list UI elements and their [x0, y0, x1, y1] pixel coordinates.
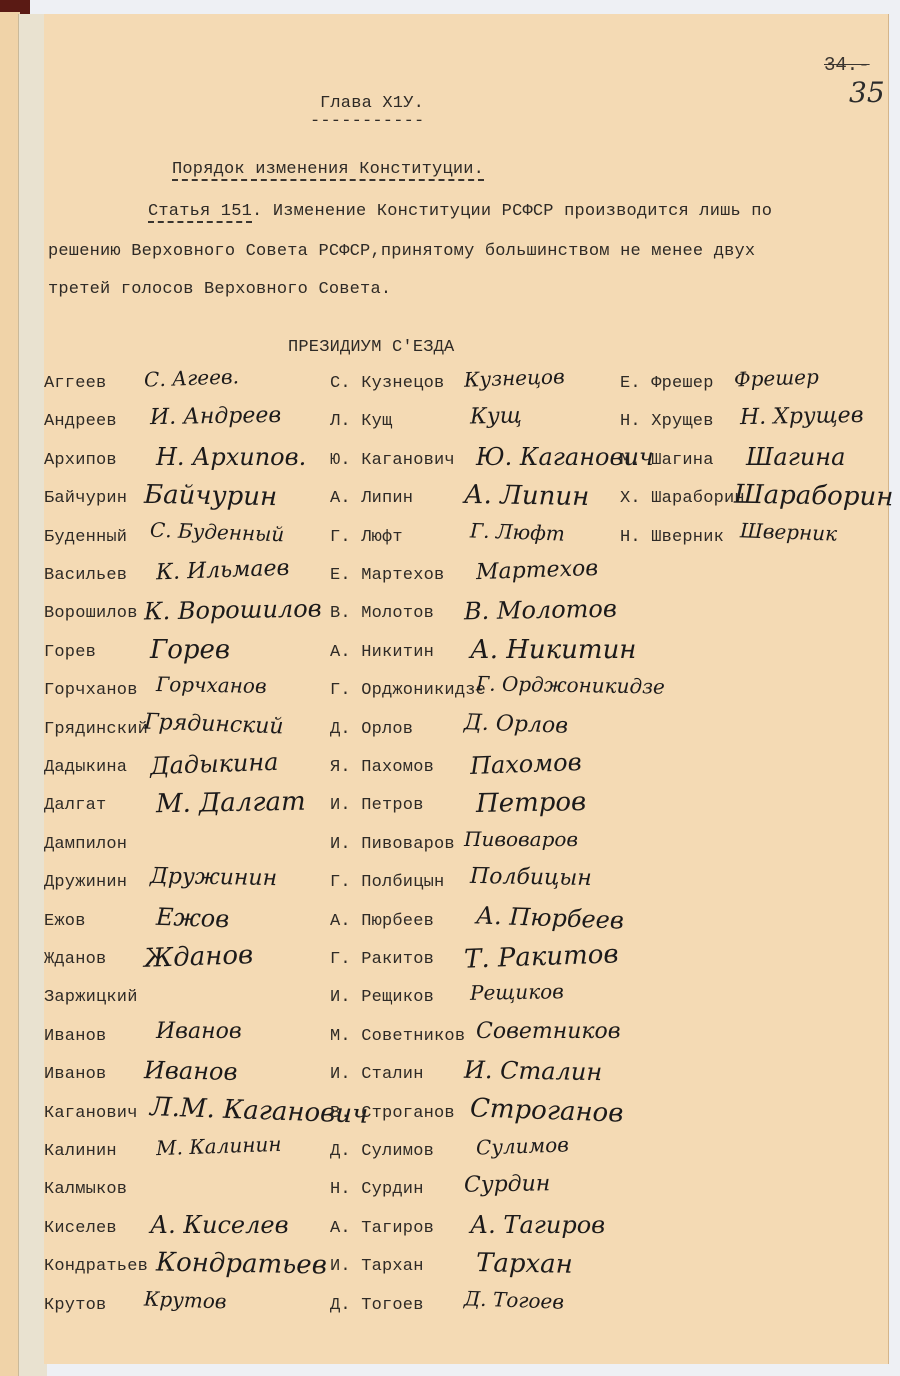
handwritten-signature: Д. Тогоев	[464, 1286, 565, 1313]
handwritten-signature: Сурдин	[464, 1172, 551, 1199]
presidium-member-name: Заржицкий	[44, 988, 138, 1007]
handwritten-signature: Шагина	[746, 443, 845, 471]
handwritten-signature: Мартехов	[476, 556, 599, 585]
document-page: 34.- 35 Глава Х1У. ----------- Порядок и…	[44, 14, 889, 1364]
presidium-member-name: Иванов	[44, 1027, 106, 1046]
binding-tape	[18, 14, 47, 1376]
handwritten-signature: Иванов	[144, 1056, 238, 1086]
presidium-heading: ПРЕЗИДИУМ С'ЕЗДА	[288, 338, 454, 357]
handwritten-signature: К. Ворошилов	[144, 595, 322, 626]
handwritten-signature: Кузнецов	[464, 364, 565, 391]
handwritten-signature: А. Никитин	[470, 635, 636, 665]
presidium-member-name: А. Пюрбеев	[330, 912, 434, 931]
handwritten-signature: И. Сталин	[464, 1056, 603, 1086]
chapter-title: Глава Х1У.	[320, 94, 424, 113]
presidium-member-name: И. Тархан	[330, 1257, 424, 1276]
handwritten-signature: Байчурин	[144, 480, 278, 512]
handwritten-signature: Советников	[476, 1019, 621, 1044]
handwritten-signature: Г. Люфт	[470, 518, 566, 545]
handwritten-signature: Сулимов	[476, 1132, 570, 1159]
handwritten-signature: Фрешер	[734, 365, 820, 392]
presidium-member-name: Буденный	[44, 528, 127, 547]
presidium-member-name: И. Рещиков	[330, 988, 434, 1007]
presidium-member-name: Калмыков	[44, 1180, 127, 1199]
presidium-member-name: И. Пивоваров	[330, 835, 455, 854]
handwritten-signature: М. Калинин	[156, 1132, 282, 1160]
handwritten-signature: С. Агеев.	[144, 364, 240, 391]
presidium-member-name: В. Молотов	[330, 604, 434, 623]
handwritten-signature: Н. Хрущев	[740, 403, 864, 430]
presidium-member-name: Крутов	[44, 1296, 106, 1315]
presidium-member-name: Г. Люфт	[330, 528, 403, 547]
presidium-member-name: С. Кузнецов	[330, 374, 444, 393]
presidium-member-name: Д. Сулимов	[330, 1142, 434, 1161]
presidium-member-name: Дружинин	[44, 873, 127, 892]
handwritten-signature: Кондратьев	[156, 1248, 327, 1281]
handwritten-signature: Горчханов	[156, 672, 267, 698]
handwritten-signature: Крутов	[144, 1286, 227, 1313]
presidium-member-name: Андреев	[44, 412, 117, 431]
presidium-member-name: Горчханов	[44, 681, 138, 700]
presidium-member-name: А. Тагиров	[330, 1219, 434, 1238]
handwritten-signature: Жданов	[144, 940, 254, 974]
handwritten-signature: Дружинин	[150, 864, 277, 891]
presidium-member-name: Г. Ракитов	[330, 950, 434, 969]
presidium-member-name: Кондратьев	[44, 1257, 148, 1276]
handwritten-signature: Пивоваров	[464, 827, 578, 851]
handwritten-signature: Полбицын	[470, 864, 592, 891]
presidium-member-name: А. Никитин	[330, 643, 434, 662]
article-text-1: . Изменение Конституции РСФСР производит…	[252, 202, 772, 221]
handwritten-signature: Горев	[150, 635, 230, 665]
handwritten-signature: А. Липин	[464, 480, 590, 512]
handwritten-signature: Пахомов	[470, 748, 582, 780]
handwritten-signature: Шараборин	[734, 480, 894, 513]
handwritten-signature: Дадыкина	[150, 748, 279, 780]
handwritten-signature: Строганов	[470, 1093, 624, 1128]
presidium-member-name: Иванов	[44, 1065, 106, 1084]
handwritten-signature: А. Пюрбеев	[476, 901, 625, 934]
handwritten-signature: Кущ	[470, 404, 522, 430]
presidium-member-name: Горев	[44, 643, 96, 662]
previous-page-edge	[0, 12, 20, 1376]
handwritten-signature: Шверник	[740, 518, 838, 545]
handwritten-signature: Тархан	[476, 1248, 573, 1280]
handwritten-signature: Грядинский	[144, 709, 284, 739]
handwritten-signature: Г. Орджоникидзе	[476, 672, 665, 699]
presidium-member-name: Дампилон	[44, 835, 127, 854]
presidium-member-name: Киселев	[44, 1219, 117, 1238]
presidium-member-name: Грядинский	[44, 720, 148, 739]
presidium-member-name: Ворошилов	[44, 604, 138, 623]
presidium-member-name: Далгат	[44, 796, 106, 815]
page-number-new: 35	[849, 76, 885, 109]
presidium-member-name: Васильев	[44, 566, 127, 585]
handwritten-signature: Н. Архипов.	[156, 443, 306, 471]
presidium-member-name: Н. Хрущев	[620, 412, 714, 431]
handwritten-signature: Петров	[476, 787, 587, 819]
chapter-separator: -----------	[310, 112, 424, 131]
section-title: Порядок изменения Конституции.	[172, 160, 484, 181]
presidium-member-name: Калинин	[44, 1142, 117, 1161]
presidium-member-name: Х. Шараборин	[620, 489, 745, 508]
presidium-member-name: И. Петров	[330, 796, 424, 815]
presidium-member-name: Байчурин	[44, 489, 127, 508]
handwritten-signature: Ежов	[156, 902, 230, 933]
presidium-member-name: Дадыкина	[44, 758, 127, 777]
article-line-2: решению Верховного Совета РСФСР,принятом…	[48, 242, 755, 261]
handwritten-signature: Рещиков	[470, 980, 564, 1006]
presidium-member-name: В. Строганов	[330, 1104, 455, 1123]
presidium-member-name: Ежов	[44, 912, 86, 931]
presidium-member-name: И. Сталин	[330, 1065, 424, 1084]
presidium-member-name: Н. Сурдин	[330, 1180, 424, 1199]
handwritten-signature: В. Молотов	[464, 595, 617, 626]
handwritten-signature: Д. Орлов	[464, 710, 569, 739]
handwritten-signature: К. Ильмаев	[156, 556, 290, 586]
handwritten-signature: С. Буденный	[150, 517, 285, 546]
presidium-member-name: Ю. Каганович	[330, 451, 455, 470]
handwritten-signature: М. Далгат	[156, 787, 306, 820]
presidium-member-name: Г. Орджоникидзе	[330, 681, 486, 700]
presidium-member-name: Д. Тогоев	[330, 1296, 424, 1315]
page-number-old: 34.-	[824, 54, 870, 76]
presidium-member-name: Е. Фрешер	[620, 374, 714, 393]
article-label: Статья 151	[148, 202, 252, 223]
presidium-member-name: Н. Шверник	[620, 528, 724, 547]
presidium-member-name: Жданов	[44, 950, 106, 969]
presidium-member-name: А. Липин	[330, 489, 413, 508]
presidium-member-name: Аггеев	[44, 374, 106, 393]
presidium-member-name: Г. Полбицын	[330, 873, 444, 892]
handwritten-signature: Иванов	[156, 1019, 242, 1044]
presidium-member-name: Е. Мартехов	[330, 566, 444, 585]
presidium-member-name: Л. Кущ	[330, 412, 392, 431]
handwritten-signature: Т. Ракитов	[464, 939, 620, 974]
presidium-member-name: Д. Орлов	[330, 720, 413, 739]
presidium-member-name: Я. Пахомов	[330, 758, 434, 777]
handwritten-signature: А. Тагиров	[470, 1211, 605, 1239]
presidium-member-name: М. Шагина	[620, 451, 714, 470]
handwritten-signature: А. Киселев	[150, 1211, 289, 1239]
presidium-member-name: Каганович	[44, 1104, 138, 1123]
presidium-member-name: М. Советников	[330, 1027, 465, 1046]
handwritten-signature: И. Андреев	[150, 403, 282, 430]
presidium-member-name: Архипов	[44, 451, 117, 470]
article-line-1: Статья 151. Изменение Конституции РСФСР …	[148, 202, 772, 221]
article-line-3: третей голосов Верховного Совета.	[48, 280, 391, 299]
